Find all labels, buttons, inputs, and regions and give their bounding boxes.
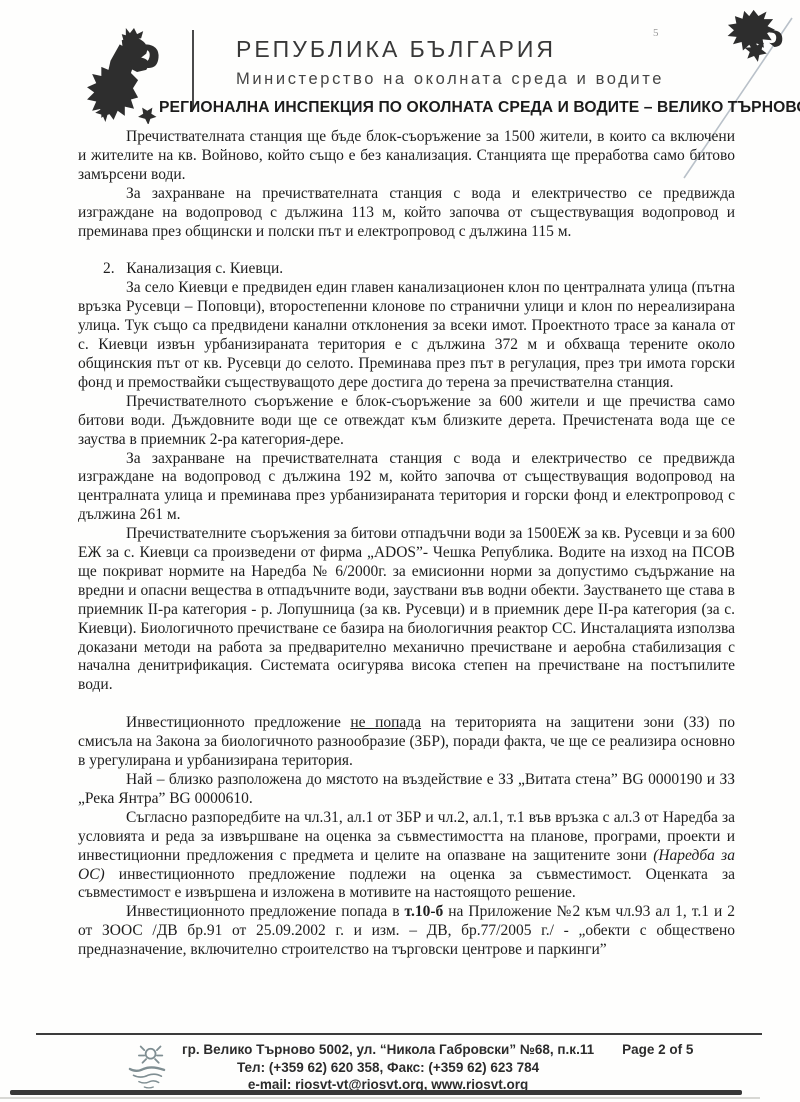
para-annex-2-item-10b: Инвестиционното предложение попада в т.1… [78,903,735,960]
para-water-supply-113m: За захранване на пречиствателната станци… [78,185,735,242]
para-ados-equipment: Пречиствателните съоръжения за битови от… [78,525,735,695]
section-heading-kanalizacia-kievci: 2. Канализация с. Киевци. [78,260,735,279]
para-protected-zones: Инвестиционното предложение не попада на… [78,714,735,771]
header-divider [192,30,194,110]
para-nearest-zones: Най – близко разположена до мястото на в… [78,771,735,809]
para-station-1500: Пречиствателната станция ще бъде блок-съ… [78,128,735,185]
header-republic-title: РЕПУБЛИКА БЪЛГАРИЯ [236,36,664,63]
footer-rule [36,1033,762,1035]
riosv-logo-icon [120,1043,174,1095]
footer-address: гр. Велико Търново 5002, ул. “Никола Габ… [182,1041,594,1059]
footer-page-number: Page 2 of 5 [622,1042,693,1057]
para-station-600: Пречиствателното съоръжение е блок-съоръ… [78,393,735,450]
document-page: 5 РЕПУБЛИКА БЪЛГАРИЯ Министерство на око… [0,0,800,1102]
header-ministry-title: Министерство на околната среда и водите [236,70,664,89]
para-kievci-main-branch: За село Киевци е предвиден един главен к… [78,279,735,392]
footer: гр. Велико Търново 5002, ул. “Никола Габ… [36,1041,762,1097]
document-body: Пречиствателната станция ще бъде блок-съ… [78,128,735,1028]
scan-bottom-edge [10,1090,742,1095]
para-water-supply-192m: За захранване на пречиствателната станци… [78,450,735,526]
para-compatibility-assessment: Съгласно разпоредбите на чл.31, ал.1 от … [78,809,735,904]
footer-phone-fax: Тел: (+359 62) 620 358, Факс: (+359 62) … [182,1059,594,1077]
header-inspection-title: РЕГИОНАЛНА ИНСПЕКЦИЯ ПО ОКОЛНАТА СРЕДА И… [159,99,800,117]
scan-bottom-shadow [0,1097,760,1099]
